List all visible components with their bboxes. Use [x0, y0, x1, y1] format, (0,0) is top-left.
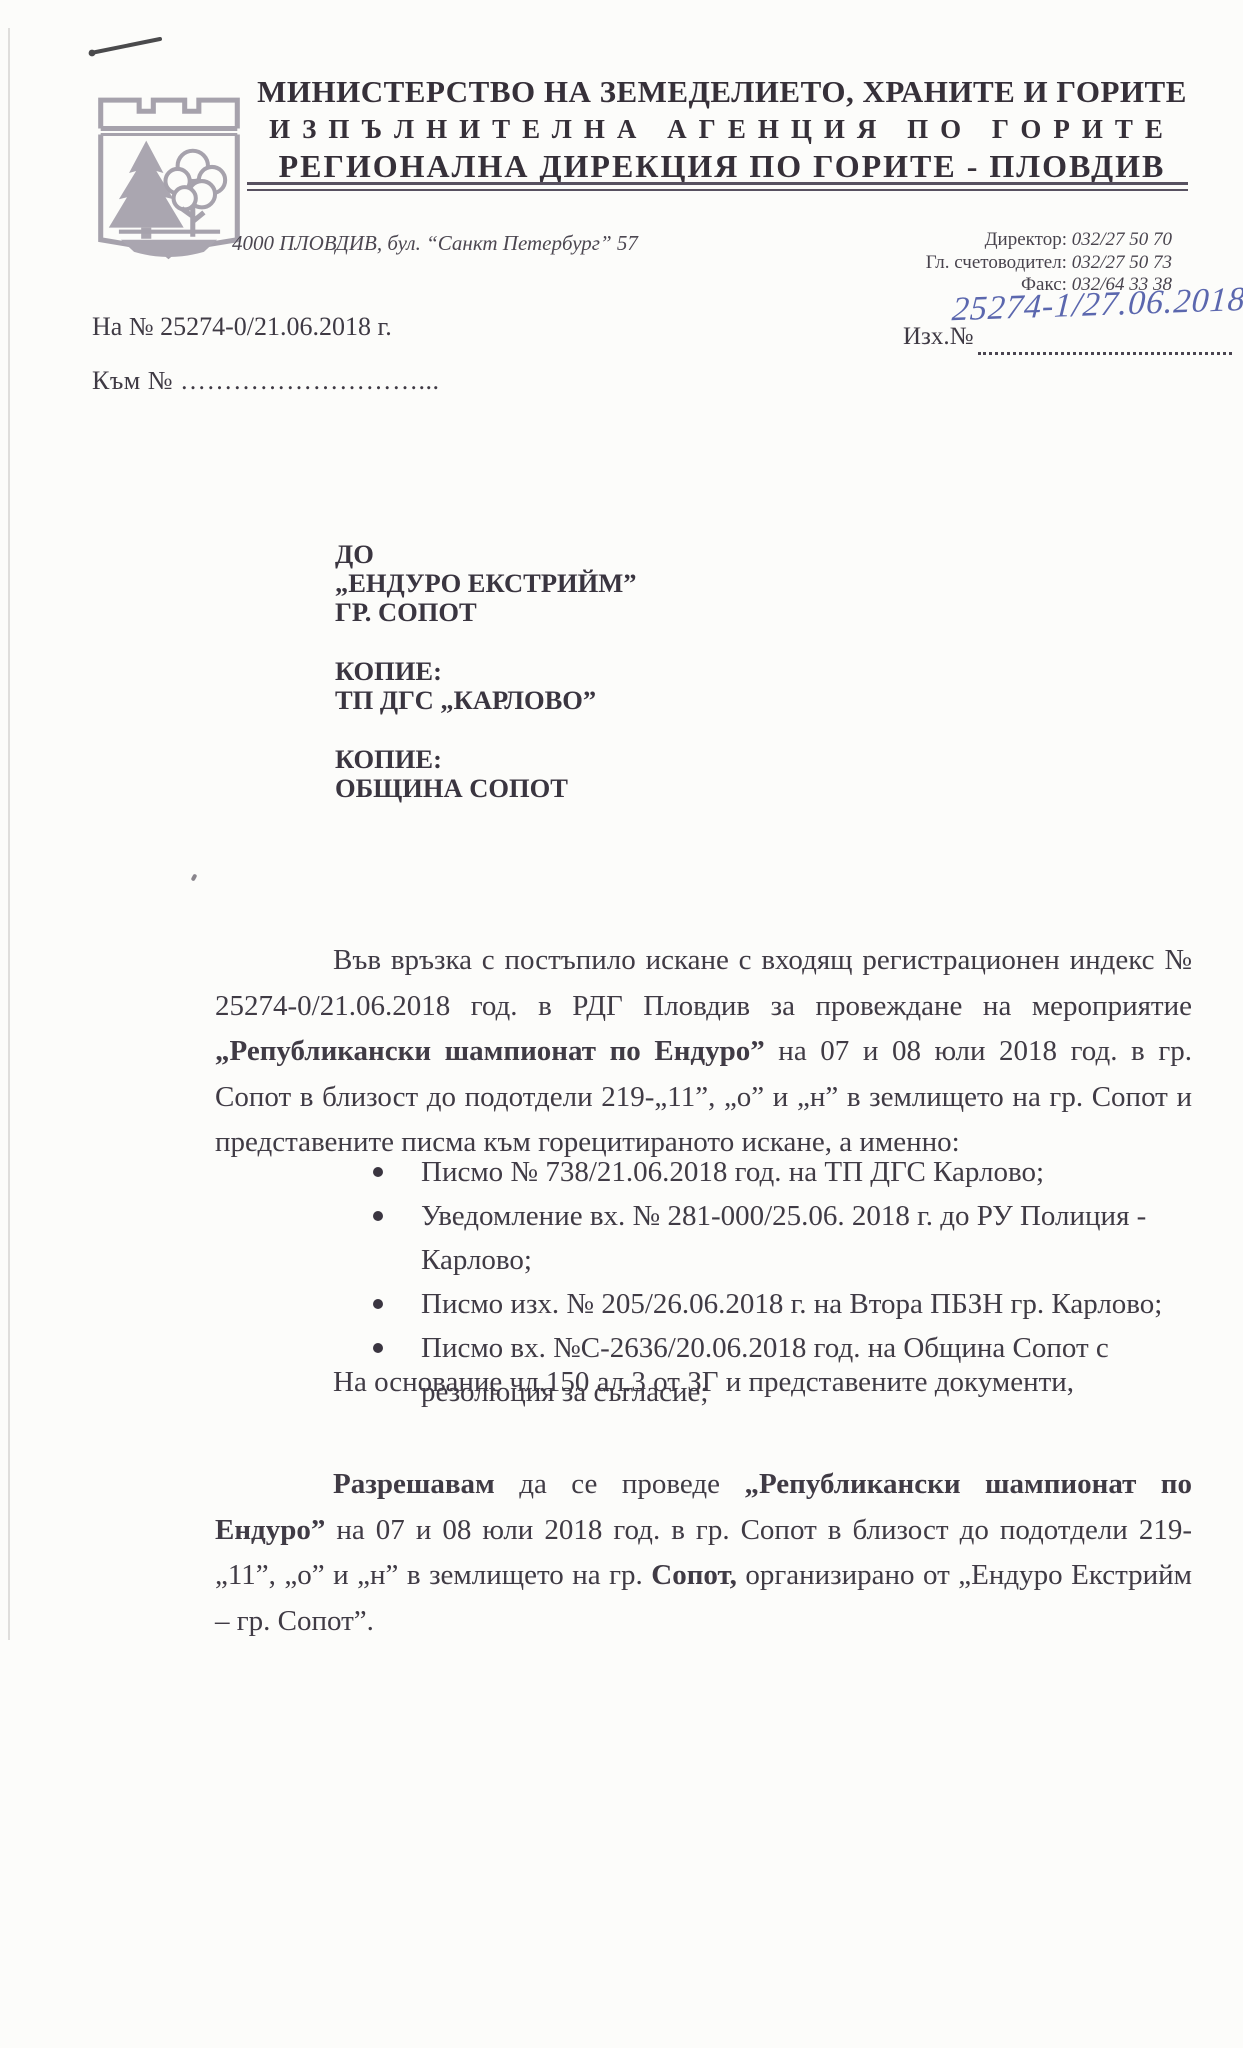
recipient-copy-1: КОПИЕ: ТП ДГС „КАРЛОВО” — [335, 657, 637, 715]
text-run: „Републикански шампионат по Ендуро” — [215, 1035, 765, 1067]
scan-speck-artifact — [191, 873, 198, 881]
letterhead: МИНИСТЕРСТВО НА ЗЕМЕДЕЛИЕТО, ХРАНИТЕ И Г… — [252, 74, 1192, 184]
contact-value: 032/27 50 73 — [1072, 252, 1172, 273]
recipient-line: ОБЩИНА СОПОТ — [335, 774, 637, 803]
pen-stroke-artifact — [86, 34, 166, 63]
list-item-text: Уведомление вх. № 281-000/25.06. 2018 г.… — [421, 1200, 1146, 1276]
letterhead-divider — [247, 182, 1188, 191]
text-run: да се проведе — [495, 1468, 745, 1500]
body-paragraph-intro: Във връзка с постъпило искане с входящ р… — [215, 938, 1192, 1166]
recipient-line: ДО — [335, 540, 637, 569]
recipient-line: КОПИЕ: — [335, 745, 637, 774]
body-paragraph-permission: Разрешавам да се проведе „Републикански … — [215, 1462, 1192, 1644]
bullet-icon — [373, 1343, 383, 1353]
contact-label: Директор: — [985, 229, 1067, 250]
forestry-agency-emblem-icon — [90, 88, 248, 265]
list-item: Писмо изх. № 205/26.06.2018 г. на Втора … — [421, 1282, 1193, 1326]
scan-edge-artifact — [8, 28, 10, 1640]
list-item: Уведомление вх. № 281-000/25.06. 2018 г.… — [421, 1194, 1193, 1282]
contact-accountant: Гл. счетоводител: 032/27 50 73 — [740, 252, 1172, 275]
bullet-icon — [373, 1299, 383, 1309]
bullet-icon — [373, 1211, 383, 1221]
bullet-icon — [373, 1167, 383, 1177]
legal-basis-line: На основание чл.150 ал.3 от ЗГ и предста… — [333, 1366, 1193, 1399]
recipient-line: ГР. СОПОТ — [335, 598, 637, 627]
scanned-letter-page: МИНИСТЕРСТВО НА ЗЕМЕДЕЛИЕТО, ХРАНИТЕ И Г… — [0, 0, 1243, 2048]
text-run: Във връзка с постъпило искане с входящ р… — [215, 944, 1192, 1022]
directorate-name: РЕГИОНАЛНА ДИРЕКЦИЯ ПО ГОРИТЕ - ПЛОВДИВ — [252, 148, 1192, 184]
list-item: Писмо № 738/21.06.2018 год. на ТП ДГС Ка… — [421, 1150, 1193, 1194]
recipient-line: „ЕНДУРО ЕКСТРИЙМ” — [335, 569, 637, 598]
contact-label: Гл. счетоводител: — [926, 252, 1067, 273]
contact-director: Директор: 032/27 50 70 — [740, 229, 1172, 252]
office-address: 4000 ПЛОВДИВ, бул. “Санкт Петербург” 57 — [232, 231, 638, 256]
to-number-line: Към № ………………………... — [92, 366, 440, 396]
ministry-name: МИНИСТЕРСТВО НА ЗЕМЕДЕЛИЕТО, ХРАНИТЕ И Г… — [252, 74, 1192, 109]
incoming-reference-number: На № 25274-0/21.06.2018 г. — [92, 312, 392, 342]
recipient-to: ДО „ЕНДУРО ЕКСТРИЙМ” ГР. СОПОТ — [335, 540, 637, 627]
list-item-text: Писмо № 738/21.06.2018 год. на ТП ДГС Ка… — [421, 1156, 1044, 1188]
agency-name: ИЗПЪЛНИТЕЛНА АГЕНЦИЯ ПО ГОРИТЕ — [252, 112, 1192, 146]
recipient-block: ДО „ЕНДУРО ЕКСТРИЙМ” ГР. СОПОТ КОПИЕ: ТП… — [335, 540, 637, 833]
text-run: Сопот, — [651, 1559, 737, 1591]
list-item-text: Писмо изх. № 205/26.06.2018 г. на Втора … — [421, 1288, 1162, 1320]
recipient-copy-2: КОПИЕ: ОБЩИНА СОПОТ — [335, 745, 637, 803]
recipient-line: КОПИЕ: — [335, 657, 637, 686]
recipient-line: ТП ДГС „КАРЛОВО” — [335, 686, 637, 715]
contact-value: 032/27 50 70 — [1072, 229, 1172, 250]
text-run: Разрешавам — [333, 1468, 495, 1500]
